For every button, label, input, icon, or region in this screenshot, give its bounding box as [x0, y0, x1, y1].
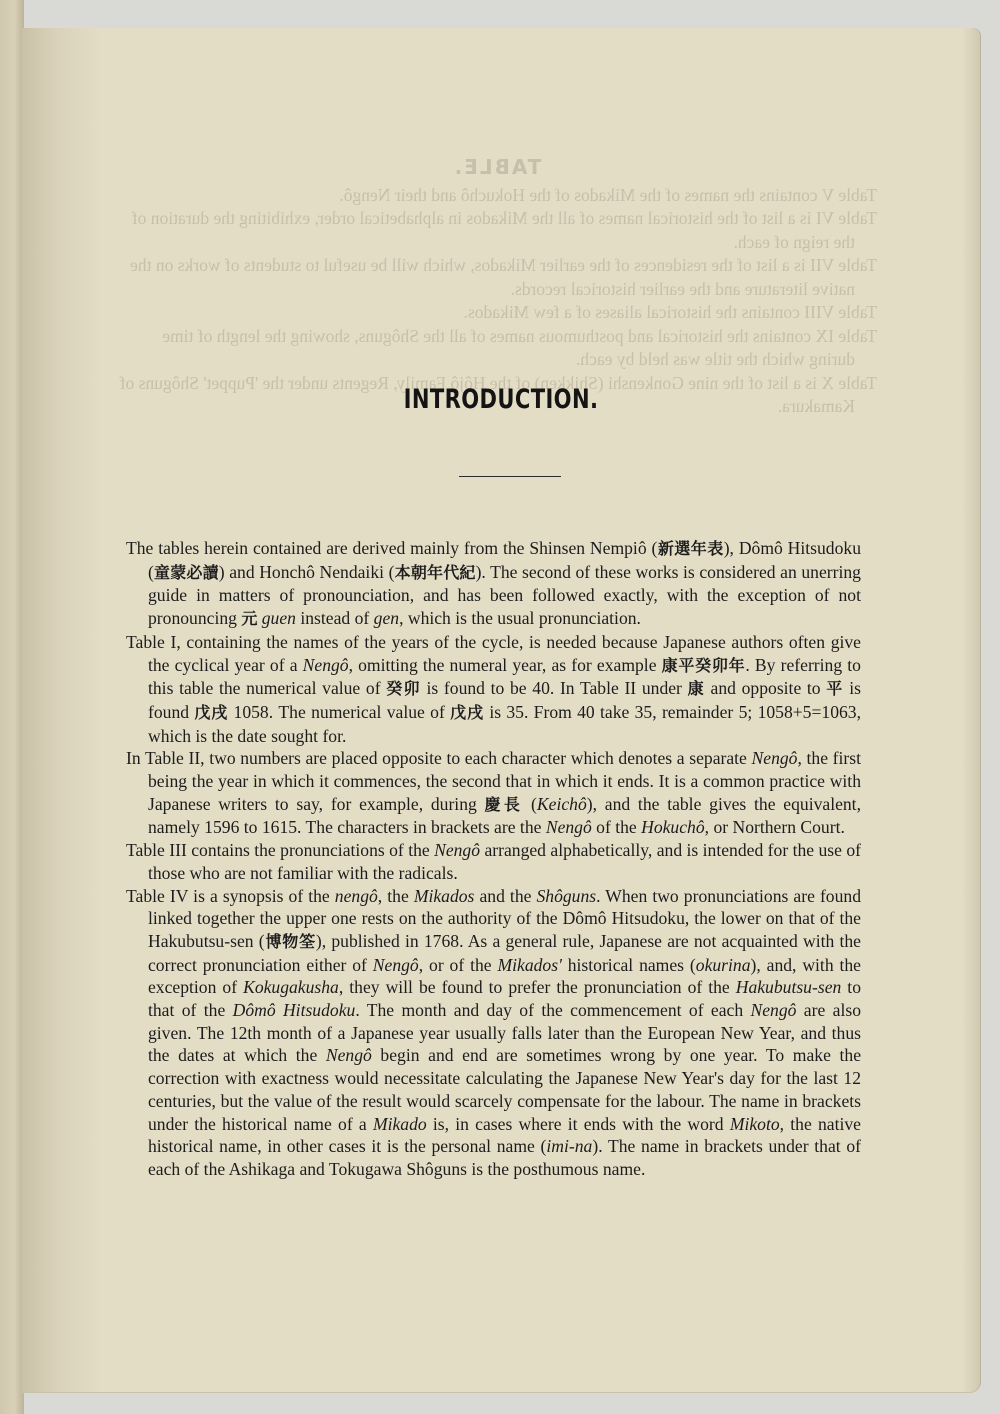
page-title: INTRODUCTION.	[127, 384, 874, 415]
italic-term: Nengô	[303, 655, 349, 675]
book-page: TABLE. Table V contains the names of the…	[22, 28, 980, 1392]
kanji-characters: 戊戌	[194, 703, 228, 722]
italic-term: okurina	[696, 955, 751, 975]
italic-term: Nengô	[752, 748, 798, 768]
bleed-line: Table IX contains the historical and pos…	[117, 325, 877, 372]
paragraph-table-ii: In Table II, two numbers are placed oppo…	[126, 747, 861, 839]
italic-term: Mikoto	[730, 1114, 780, 1134]
kanji-characters: 元	[241, 609, 257, 628]
italic-term: Mikados	[414, 886, 475, 906]
kanji-characters: 博物筌	[265, 932, 316, 951]
italic-term: Nengô	[434, 840, 480, 860]
kanji-characters: 童蒙必讀	[154, 563, 219, 582]
introduction-body: The tables herein contained are derived …	[126, 537, 861, 1181]
kanji-characters: 癸卯	[386, 679, 421, 698]
kanji-characters: 戊戌	[450, 703, 484, 722]
kanji-characters: 本朝年代紀	[394, 563, 475, 582]
italic-term: gen	[374, 608, 399, 628]
kanji-characters: 新選年表	[657, 539, 723, 558]
italic-term: Hokuchô	[641, 817, 705, 837]
underlying-page-edge	[0, 0, 24, 1414]
paragraph-table-iv: Table IV is a synopsis of the nengô, the…	[126, 885, 861, 1181]
title-divider	[459, 476, 561, 477]
kanji-characters: 平	[826, 679, 843, 698]
bleed-line: Table VII is a list of the residences of…	[117, 254, 877, 301]
kanji-characters: 康	[688, 679, 705, 698]
italic-term: Dômô Hitsudoku	[233, 1000, 356, 1020]
italic-term: Mikado	[373, 1114, 427, 1134]
italic-term: Nengô	[373, 955, 419, 975]
italic-term: Kokugakusha	[243, 977, 339, 997]
italic-term: imi-na	[546, 1136, 592, 1156]
bleed-through-text: TABLE. Table V contains the names of the…	[117, 156, 877, 419]
italic-term: nengô	[335, 886, 378, 906]
bleed-line: Table VIII contains the historical alias…	[117, 301, 877, 325]
bleed-through-heading: TABLE.	[117, 156, 877, 180]
italic-term: Nengô	[326, 1045, 372, 1065]
italic-term: Nengô	[751, 1000, 797, 1020]
italic-term: Shôguns	[536, 886, 596, 906]
bleed-line: Table VI is a list of the historical nam…	[117, 207, 877, 254]
kanji-characters: 康平癸卯年	[662, 656, 746, 675]
italic-term: guen	[257, 608, 296, 628]
italic-term: Hakubutsu-sen	[736, 977, 842, 997]
italic-term: Nengô	[546, 817, 592, 837]
kanji-characters: 慶長	[485, 795, 524, 814]
italic-term: Keichô	[537, 794, 587, 814]
paragraph-sources: The tables herein contained are derived …	[126, 537, 861, 631]
paragraph-table-i: Table I, containing the names of the yea…	[126, 631, 861, 748]
paragraph-table-iii: Table III contains the pronunciations of…	[126, 839, 861, 884]
italic-term: Mikados'	[497, 955, 561, 975]
bleed-line: Table V contains the names of the Mikado…	[117, 184, 877, 208]
